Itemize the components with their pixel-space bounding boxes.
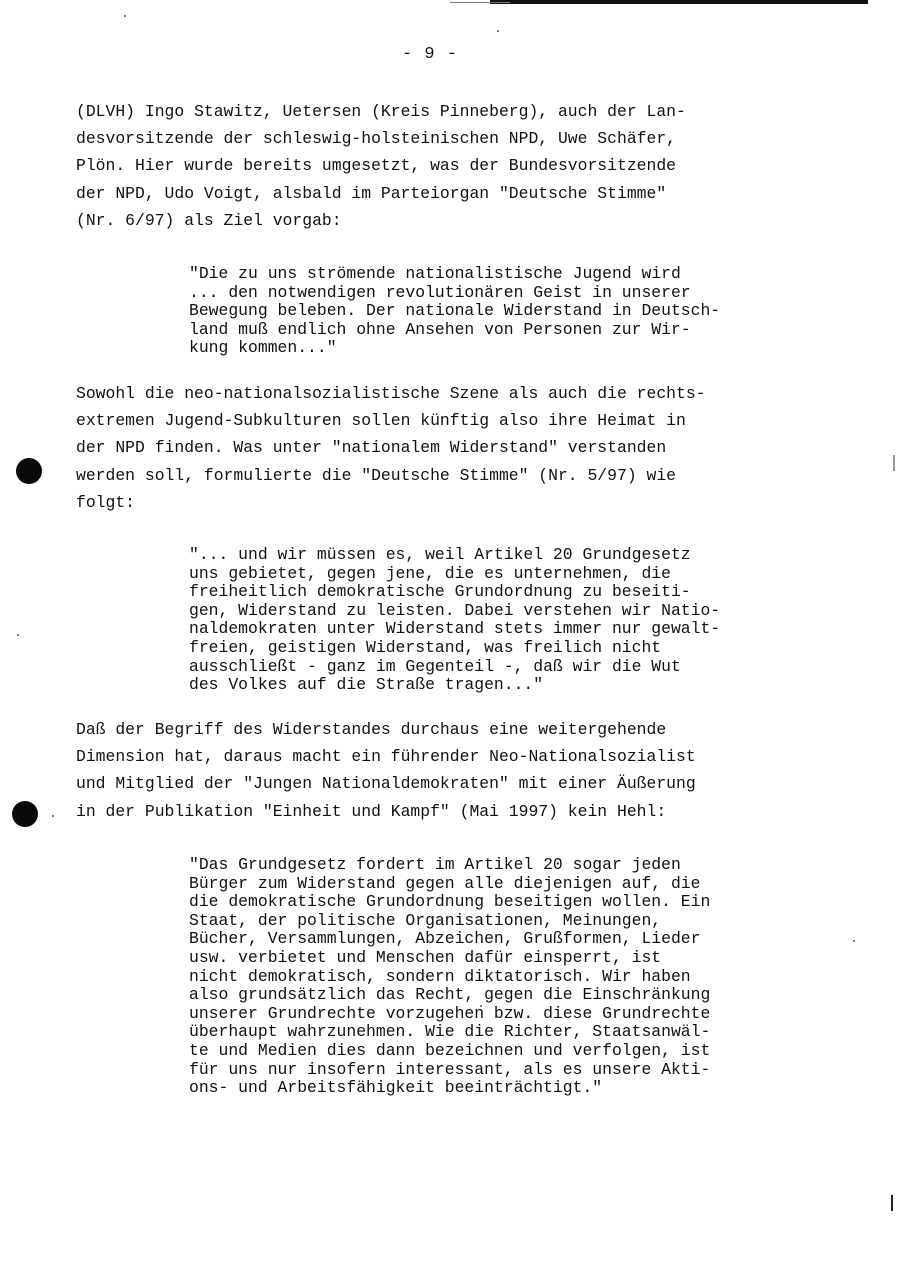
scan-speck: [853, 940, 855, 942]
block-quote-3: "Das Grundgesetz fordert im Artikel 20 s…: [189, 856, 809, 1098]
scan-top-line: [450, 2, 510, 3]
paragraph-2: Sowohl die neo-nationalsozialistische Sz…: [76, 380, 816, 516]
block-quote-1: "Die zu uns strömende nationalistische J…: [189, 265, 809, 358]
scan-edge-mark: [891, 1195, 893, 1211]
punch-hole-icon: [12, 801, 38, 827]
block-quote-2: "... und wir müssen es, weil Artikel 20 …: [189, 546, 809, 695]
scan-edge-mark: [893, 455, 895, 471]
page-number: - 9 -: [0, 45, 860, 64]
punch-hole-icon: [16, 458, 42, 484]
paragraph-3: Daß der Begriff des Widerstandes durchau…: [76, 716, 816, 825]
scan-top-bar: [490, 0, 868, 4]
scan-speck: [124, 15, 126, 17]
paragraph-1: (DLVH) Ingo Stawitz, Uetersen (Kreis Pin…: [76, 98, 816, 234]
scan-speck: [52, 815, 54, 817]
scan-speck: [17, 634, 19, 636]
scan-speck: [480, 1005, 482, 1007]
scan-speck: [497, 30, 499, 32]
